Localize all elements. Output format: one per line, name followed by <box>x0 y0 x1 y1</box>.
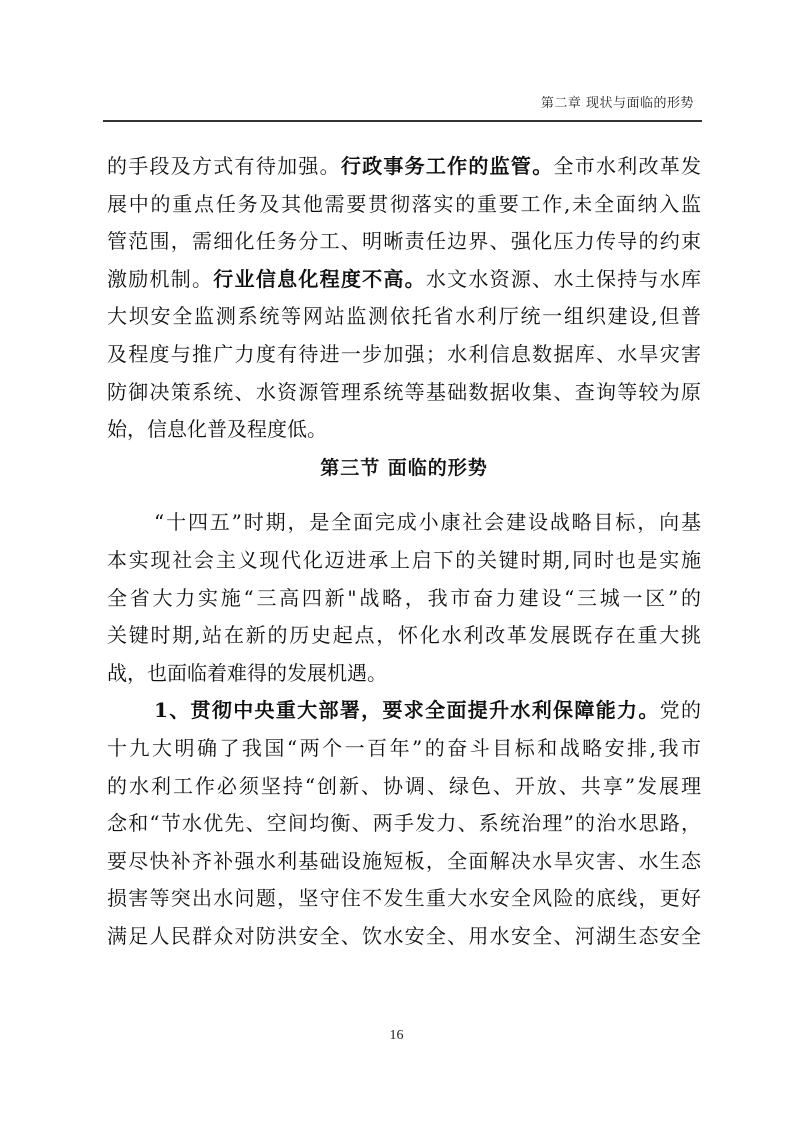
text-line: 及程度与推广力度有待进一步加强；水利信息数据库、水旱灾害 <box>107 336 701 374</box>
text-line: 要尽快补齐补强水利基础设施短板，全面解决水旱灾害、水生态 <box>107 843 701 881</box>
text-line: 激励机制。行业信息化程度不高。水文水资源、水土保持与水库 <box>107 261 701 299</box>
text-line: 始，信息化普及程度低。 <box>107 411 701 449</box>
body-text: 展中的重点任务及其他需要贯彻落实的重要工作,未全面纳入监 <box>107 192 701 216</box>
text-line: 关键时期,站在新的历史起点，怀化水利改革发展既存在重大挑 <box>107 617 701 655</box>
text-line: 满足人民群众对防洪安全、饮水安全、用水安全、河湖生态安全 <box>107 918 701 956</box>
text-line: 1、贯彻中央重大部署，要求全面提升水利保障能力。党的 <box>107 692 701 730</box>
text-line: 的水利工作必须坚持“创新、协调、绿色、开放、共享”发展理 <box>107 768 701 806</box>
section-heading: 第三节 面临的形势 <box>320 457 488 479</box>
body-text: 大坝安全监测系统等网站监测依托省水利厅统一组织建设,但普 <box>107 304 701 328</box>
document-body: 的手段及方式有待加强。行政事务工作的监管。全市水利改革发展中的重点任务及其他需要… <box>107 148 701 955</box>
paragraph-continued: 的手段及方式有待加强。行政事务工作的监管。全市水利改革发展中的重点任务及其他需要… <box>107 148 701 449</box>
body-text: 全市水利改革发 <box>553 154 701 178</box>
body-text: 防御决策系统、水资源管理系统等基础数据收集、查询等较为原 <box>107 380 701 404</box>
body-text: 始，信息化普及程度低。 <box>107 417 327 441</box>
text-line: 十九大明确了我国“两个一百年”的奋斗目标和战略安排,我市 <box>107 730 701 768</box>
body-text: 损害等突出水问题，坚守住不发生重大水安全风险的底线，更好 <box>107 886 701 910</box>
paragraph-section: “十四五”时期，是全面完成小康社会建设战略目标，向基本实现社会主义现代化迈进承上… <box>107 504 701 955</box>
header-divider <box>103 120 702 122</box>
body-text: 十九大明确了我国“两个一百年”的奋斗目标和战略安排,我市 <box>107 736 701 760</box>
page-header: 第二章 现状与面临的形势 <box>103 86 702 122</box>
body-text: 激励机制。 <box>107 267 213 291</box>
body-text: 的手段及方式有待加强。 <box>107 154 341 178</box>
body-text: 及程度与推广力度有待进一步加强；水利信息数据库、水旱灾害 <box>107 342 701 366</box>
body-text: 念和“节水优先、空间均衡、两手发力、系统治理”的治水思路， <box>107 811 701 835</box>
text-line: 全省大力实施“三高四新"战略，我市奋力建设“三城一区”的 <box>107 580 701 618</box>
text-line: “十四五”时期，是全面完成小康社会建设战略目标，向基 <box>107 504 701 542</box>
body-text: 水文水资源、水土保持与水库 <box>426 267 701 291</box>
body-text: 全省大力实施“三高四新"战略，我市奋力建设“三城一区”的 <box>107 586 701 610</box>
bold-text: 1、贯彻中央重大部署，要求全面提升水利保障能力。 <box>154 698 660 722</box>
body-text: 管范围，需细化任务分工、明晰责任边界、强化压力传导的约束 <box>107 229 701 253</box>
section-heading-line: 第三节 面临的形势 <box>107 449 701 487</box>
body-text: 战，也面临着难得的发展机遇。 <box>107 661 387 685</box>
bold-text: 行业信息化程度不高。 <box>213 267 426 291</box>
text-line: 防御决策系统、水资源管理系统等基础数据收集、查询等较为原 <box>107 374 701 412</box>
spacer <box>107 486 701 504</box>
text-line: 管范围，需细化任务分工、明晰责任边界、强化压力传导的约束 <box>107 223 701 261</box>
text-line: 的手段及方式有待加强。行政事务工作的监管。全市水利改革发 <box>107 148 701 186</box>
text-line: 损害等突出水问题，坚守住不发生重大水安全风险的底线，更好 <box>107 880 701 918</box>
body-text: 党的 <box>660 698 701 722</box>
chapter-title: 第二章 现状与面临的形势 <box>541 92 694 111</box>
text-line: 大坝安全监测系统等网站监测依托省水利厅统一组织建设,但普 <box>107 298 701 336</box>
body-text: “十四五”时期，是全面完成小康社会建设战略目标，向基 <box>154 510 701 534</box>
text-line: 展中的重点任务及其他需要贯彻落实的重要工作,未全面纳入监 <box>107 186 701 224</box>
text-line: 念和“节水优先、空间均衡、两手发力、系统治理”的治水思路， <box>107 805 701 843</box>
body-text: 关键时期,站在新的历史起点，怀化水利改革发展既存在重大挑 <box>107 623 701 647</box>
body-text: 满足人民群众对防洪安全、饮水安全、用水安全、河湖生态安全 <box>107 924 701 948</box>
text-line: 本实现社会主义现代化迈进承上启下的关键时期,同时也是实施 <box>107 542 701 580</box>
bold-text: 行政事务工作的监管。 <box>341 154 554 178</box>
body-text: 要尽快补齐补强水利基础设施短板，全面解决水旱灾害、水生态 <box>107 849 701 873</box>
body-text: 本实现社会主义现代化迈进承上启下的关键时期,同时也是实施 <box>107 548 701 572</box>
body-text: 的水利工作必须坚持“创新、协调、绿色、开放、共享”发展理 <box>107 774 701 798</box>
text-line: 战，也面临着难得的发展机遇。 <box>107 655 701 693</box>
page-number: 16 <box>0 1028 793 1044</box>
